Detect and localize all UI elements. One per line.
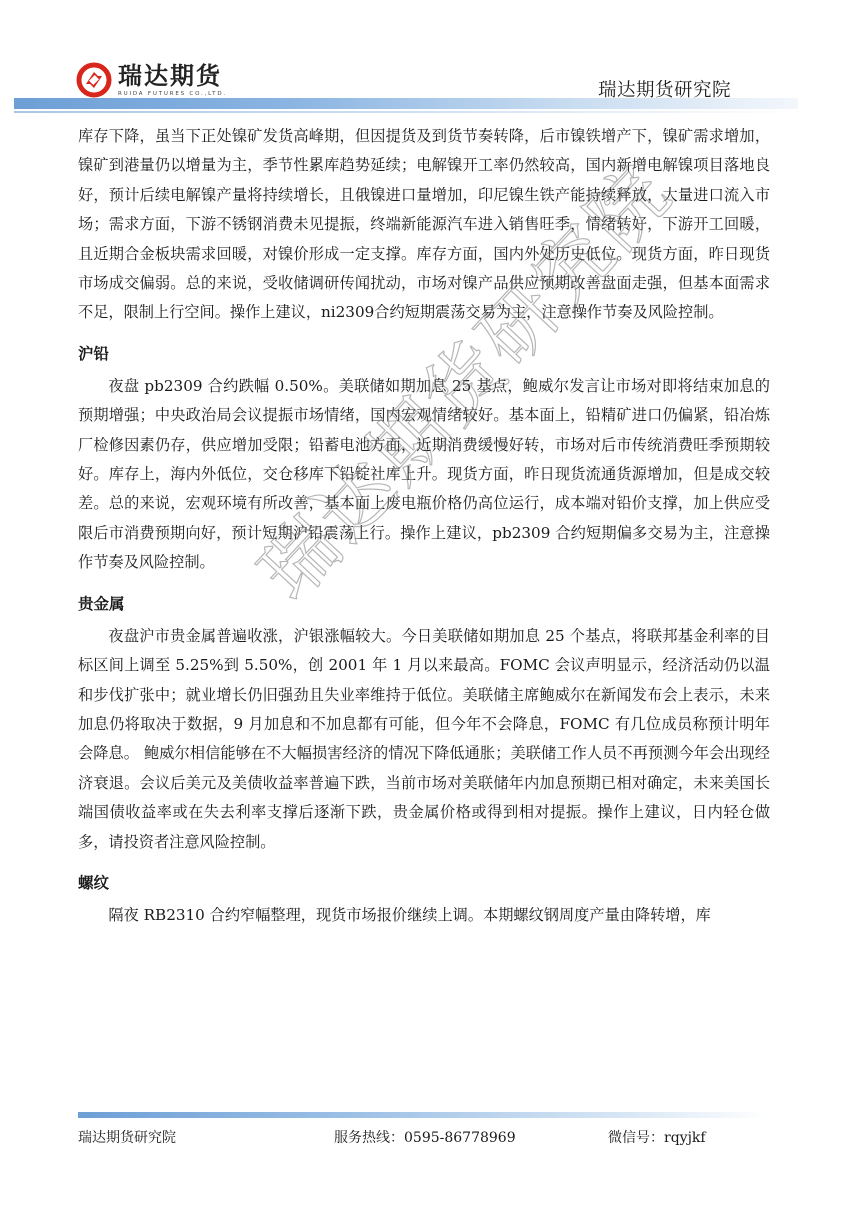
logo-english-name: RUIDA FUTURES CO.,LTD. — [118, 91, 227, 97]
rebar-paragraph: 隔夜 RB2310 合约窄幅整理，现货市场报价继续上调。本期螺纹钢周度产量由降转… — [78, 901, 770, 930]
section-title-rebar: 螺纹 — [78, 869, 770, 897]
footer-wechat: 微信号：rqyjkf — [608, 1127, 706, 1147]
nickel-paragraph-continued: 库存下降，虽当下正处镍矿发货高峰期，但因提货及到货节奏转降，后市镍铁增产下，镍矿… — [78, 122, 770, 328]
footer-institute: 瑞达期货研究院 — [78, 1127, 176, 1147]
header-divider — [14, 111, 798, 113]
header-gradient-bar — [14, 98, 798, 109]
company-logo: 瑞达期货 RUIDA FUTURES CO.,LTD. — [76, 62, 227, 98]
ruida-logo-icon — [76, 62, 112, 98]
section-title-precious-metals: 贵金属 — [78, 590, 770, 618]
footer-hotline: 服务热线：0595-86778969 — [334, 1127, 516, 1147]
precious-metals-paragraph: 夜盘沪市贵金属普遍收涨，沪银涨幅较大。今日美联储如期加息 25 个基点，将联邦基… — [78, 622, 770, 857]
report-body: 库存下降，虽当下正处镍矿发货高峰期，但因提货及到货节奏转降，后市镍铁增产下，镍矿… — [78, 122, 770, 930]
logo-chinese-name: 瑞达期货 — [118, 62, 227, 90]
footer-gradient-bar — [78, 1112, 768, 1118]
lead-paragraph: 夜盘 pb2309 合约跌幅 0.50%。美联储如期加息 25 基点，鲍威尔发言… — [78, 372, 770, 578]
section-title-lead: 沪铅 — [78, 340, 770, 368]
page-header: 瑞达期货 RUIDA FUTURES CO.,LTD. 瑞达期货研究院 — [0, 0, 860, 115]
